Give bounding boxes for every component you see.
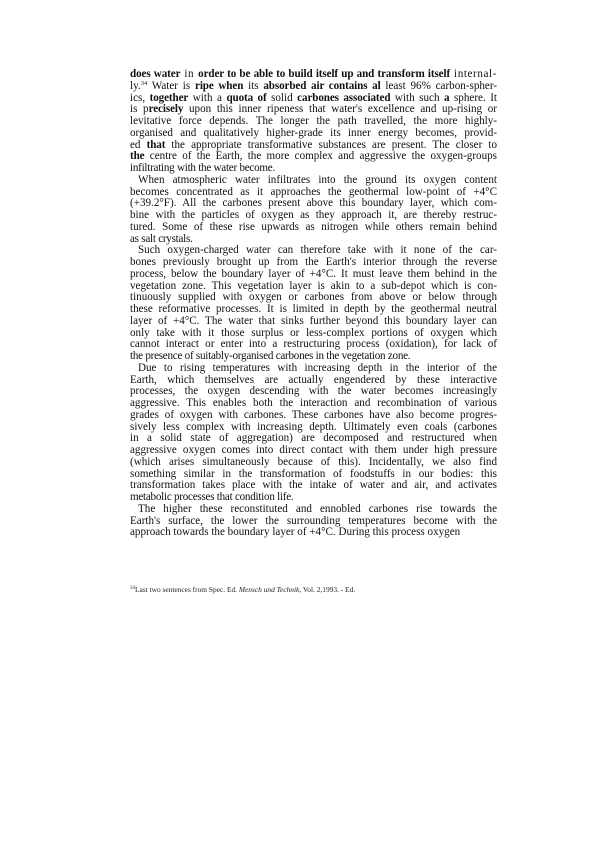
text-segment: organised and qualitatively higher-grade… — [130, 127, 497, 139]
text-segment: Such oxygen-charged water can therefore … — [138, 244, 497, 256]
bold-emphasis: together — [150, 92, 189, 104]
text-segment: ly. — [130, 80, 141, 92]
text-segment: aggressive. This enables both the intera… — [130, 397, 497, 409]
text-segment: centre of the Earth, the more complex an… — [145, 150, 498, 162]
bold-emphasis: that — [147, 139, 166, 151]
text-segment: with a — [188, 92, 226, 104]
text-segment: upon this inner ripeness that water's ex… — [183, 103, 497, 115]
text-segment: cannot interact or enter into a restruct… — [130, 338, 497, 350]
text-segment: sively less complex with increasing dept… — [130, 421, 497, 433]
bold-emphasis: ripe when — [195, 80, 243, 92]
text-segment: approach towards the boundary layer of +… — [130, 526, 460, 538]
text-segment: the appropriate transformative substance… — [165, 139, 497, 151]
document-page: does water in order to be able to build … — [0, 0, 595, 842]
text-segment: becomes concentrated as it approaches th… — [130, 186, 497, 198]
text-segment: in — [180, 68, 198, 80]
text-segment: only take with it those surplus or less-… — [130, 327, 497, 339]
text-segment: is p — [130, 103, 149, 115]
text-segment: bine with the particles of oxygen as the… — [130, 209, 497, 221]
text-line: approach towards the boundary layer of +… — [130, 527, 497, 539]
text-segment: vegetation zone. This vegetation layer i… — [130, 280, 497, 292]
text-segment: When atmospheric water infiltrates into … — [138, 174, 497, 186]
text-segment: tured. Some of these rise upwards as nit… — [130, 221, 497, 233]
text-segment: transformation takes place with the inta… — [130, 479, 497, 491]
text-segment: aggressive oxygen comes into direct cont… — [130, 444, 497, 456]
bold-emphasis: the — [130, 150, 145, 162]
bold-emphasis: absorbed air contains al — [263, 80, 380, 92]
text-segment: infiltrating with the water become. — [130, 162, 275, 174]
text-segment: The higher these reconstituted and ennob… — [138, 503, 497, 515]
text-segment: solid — [267, 92, 298, 104]
text-segment: with such — [390, 92, 444, 104]
text-segment: bones previously brought up from the Ear… — [130, 256, 497, 268]
text-segment: internal- — [450, 68, 497, 80]
text-segment: Earth's surface, the lower the surroundi… — [130, 515, 497, 527]
text-segment: Water is — [147, 80, 195, 92]
bold-emphasis: quota of — [226, 92, 266, 104]
text-segment: these reformative processes. It is limit… — [130, 303, 497, 315]
bold-emphasis: does water — [130, 68, 180, 80]
text-segment: in a solid state of aggregation) are dec… — [130, 432, 497, 444]
bold-emphasis: recisely — [149, 103, 184, 115]
text-segment: something similar in the transformation … — [130, 468, 497, 480]
body-text: does water in order to be able to build … — [130, 69, 497, 539]
text-segment: its — [243, 80, 263, 92]
text-segment: grades of oxygen with carbones. These ca… — [130, 409, 497, 421]
footnote: 34Last two sentences from Spec. Ed. Mens… — [130, 585, 497, 594]
text-segment: sphere. It — [449, 92, 497, 104]
text-segment: processes, the oxygen descending with th… — [130, 385, 497, 397]
text-segment: least 96% carbon-spher- — [381, 80, 497, 92]
text-segment: levitative force depends. The longer the… — [130, 115, 497, 127]
text-segment: Due to rising temperatures with increasi… — [138, 362, 497, 374]
text-segment: tinuously supplied with oxygen or carbon… — [130, 291, 497, 303]
text-segment: as salt crystals. — [130, 233, 193, 245]
text-segment: ed — [130, 139, 147, 151]
bold-emphasis: carbones associated — [297, 92, 390, 104]
text-segment: Earth, which themselves are actually eng… — [130, 374, 497, 386]
footnote-text-after: , Vol. 2,1993. - Ed. — [299, 585, 355, 594]
footnote-text-before: Last two sentences from Spec. Ed. — [135, 585, 239, 594]
text-segment: process, below the boundary layer of +4°… — [130, 268, 497, 280]
text-segment: (which arises simultaneously because of … — [130, 456, 497, 468]
text-segment: metabolic processes that condition life. — [130, 491, 293, 503]
text-segment: layer of +4°C. The water that sinks furt… — [130, 315, 497, 327]
bold-emphasis: order to be able to build itself up and … — [198, 68, 450, 80]
text-segment: (+39.2°F). All the carbones present abov… — [130, 197, 497, 209]
text-segment: ics, — [130, 92, 150, 104]
text-segment: the presence of suitably-organised carbo… — [130, 350, 410, 362]
footnote-title: Mensch und Technik — [239, 585, 299, 594]
